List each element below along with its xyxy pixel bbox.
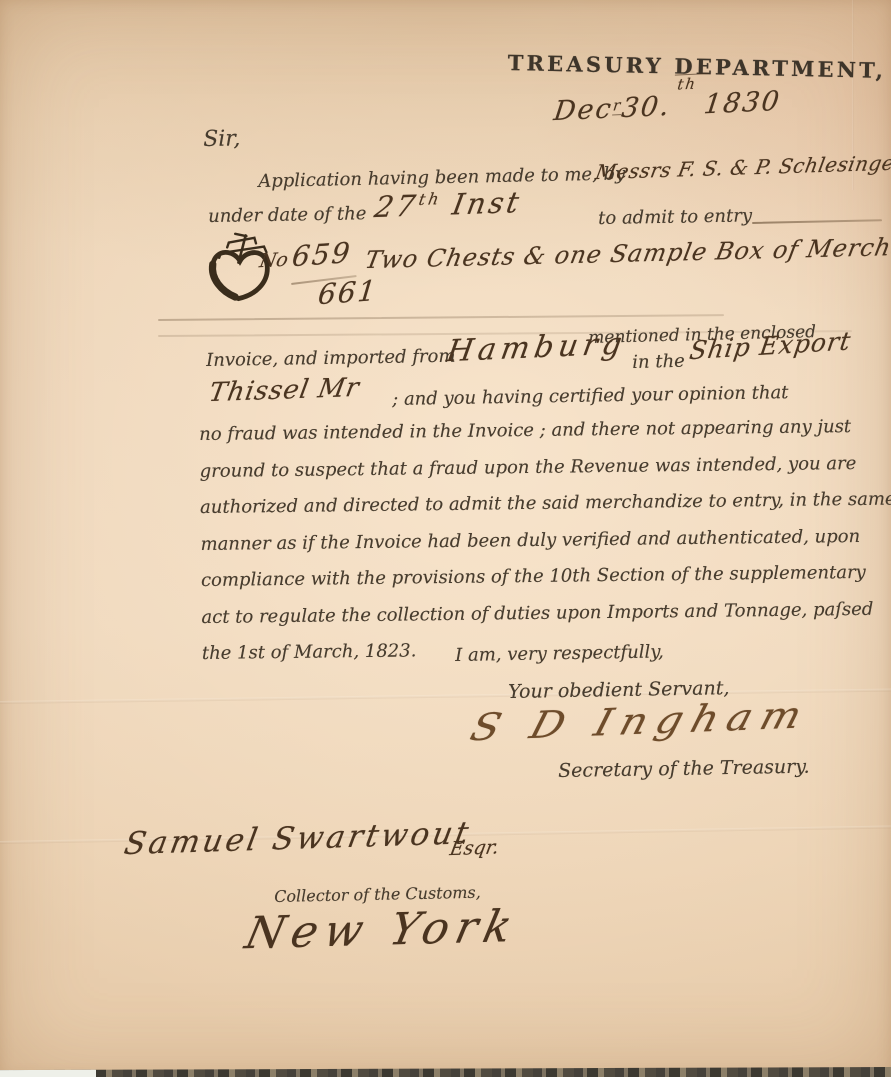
date-year: 1830 xyxy=(702,86,783,121)
date-ref-printed-text: under date of the xyxy=(208,203,367,227)
applicant-handwritten: Messrs F. S. & P. Schlesinger xyxy=(594,150,891,184)
date-line: Decr30.th1830 xyxy=(552,86,783,128)
admit-printed-text: to admit to entry xyxy=(598,205,752,229)
date-month: Dec xyxy=(552,93,615,127)
goods-number-bottom: 661 xyxy=(316,274,379,311)
document-page: TREASURY DEPARTMENT, Decr30.th1830 Sir, … xyxy=(0,0,891,1077)
closing-respectfully: I am, very respectfully, xyxy=(455,641,664,666)
invoice-printed-text: Invoice, and imported from xyxy=(206,346,456,371)
date-ref-suffix: th xyxy=(417,189,443,209)
goods-description: Two Chests & one Sample Box of Merchandi… xyxy=(363,231,891,274)
certified-printed-text: ; and you having certified your opinion … xyxy=(392,382,789,410)
goods-number-label: No xyxy=(258,249,290,273)
port-handwritten: Hamburg xyxy=(444,326,629,369)
date-ref-word: Inst xyxy=(450,185,525,222)
goods-number-top: 659 xyxy=(290,236,353,273)
addressee-esquire: Esqr. xyxy=(448,836,501,860)
date-ref-day: 27 xyxy=(372,189,421,225)
addressee-city: New York xyxy=(241,901,524,959)
bottom-edge-artifact xyxy=(0,1067,891,1077)
in-the-printed-text: in the xyxy=(632,351,685,373)
salutation: Sir, xyxy=(203,126,241,152)
date-ref-handwritten: 27th Inst xyxy=(372,185,524,224)
entry-blank-rule xyxy=(752,219,882,224)
signature-title: Secretary of the Treasury. xyxy=(558,756,810,782)
date-day: 30. xyxy=(620,91,673,124)
date-day-suffix: th xyxy=(672,73,708,94)
master-handwritten: Thissel Mr xyxy=(207,373,362,408)
body-paragraph: no fraud was intended in the Invoice ; a… xyxy=(199,409,891,673)
addressee-name: Samuel Swartwout xyxy=(121,815,474,862)
